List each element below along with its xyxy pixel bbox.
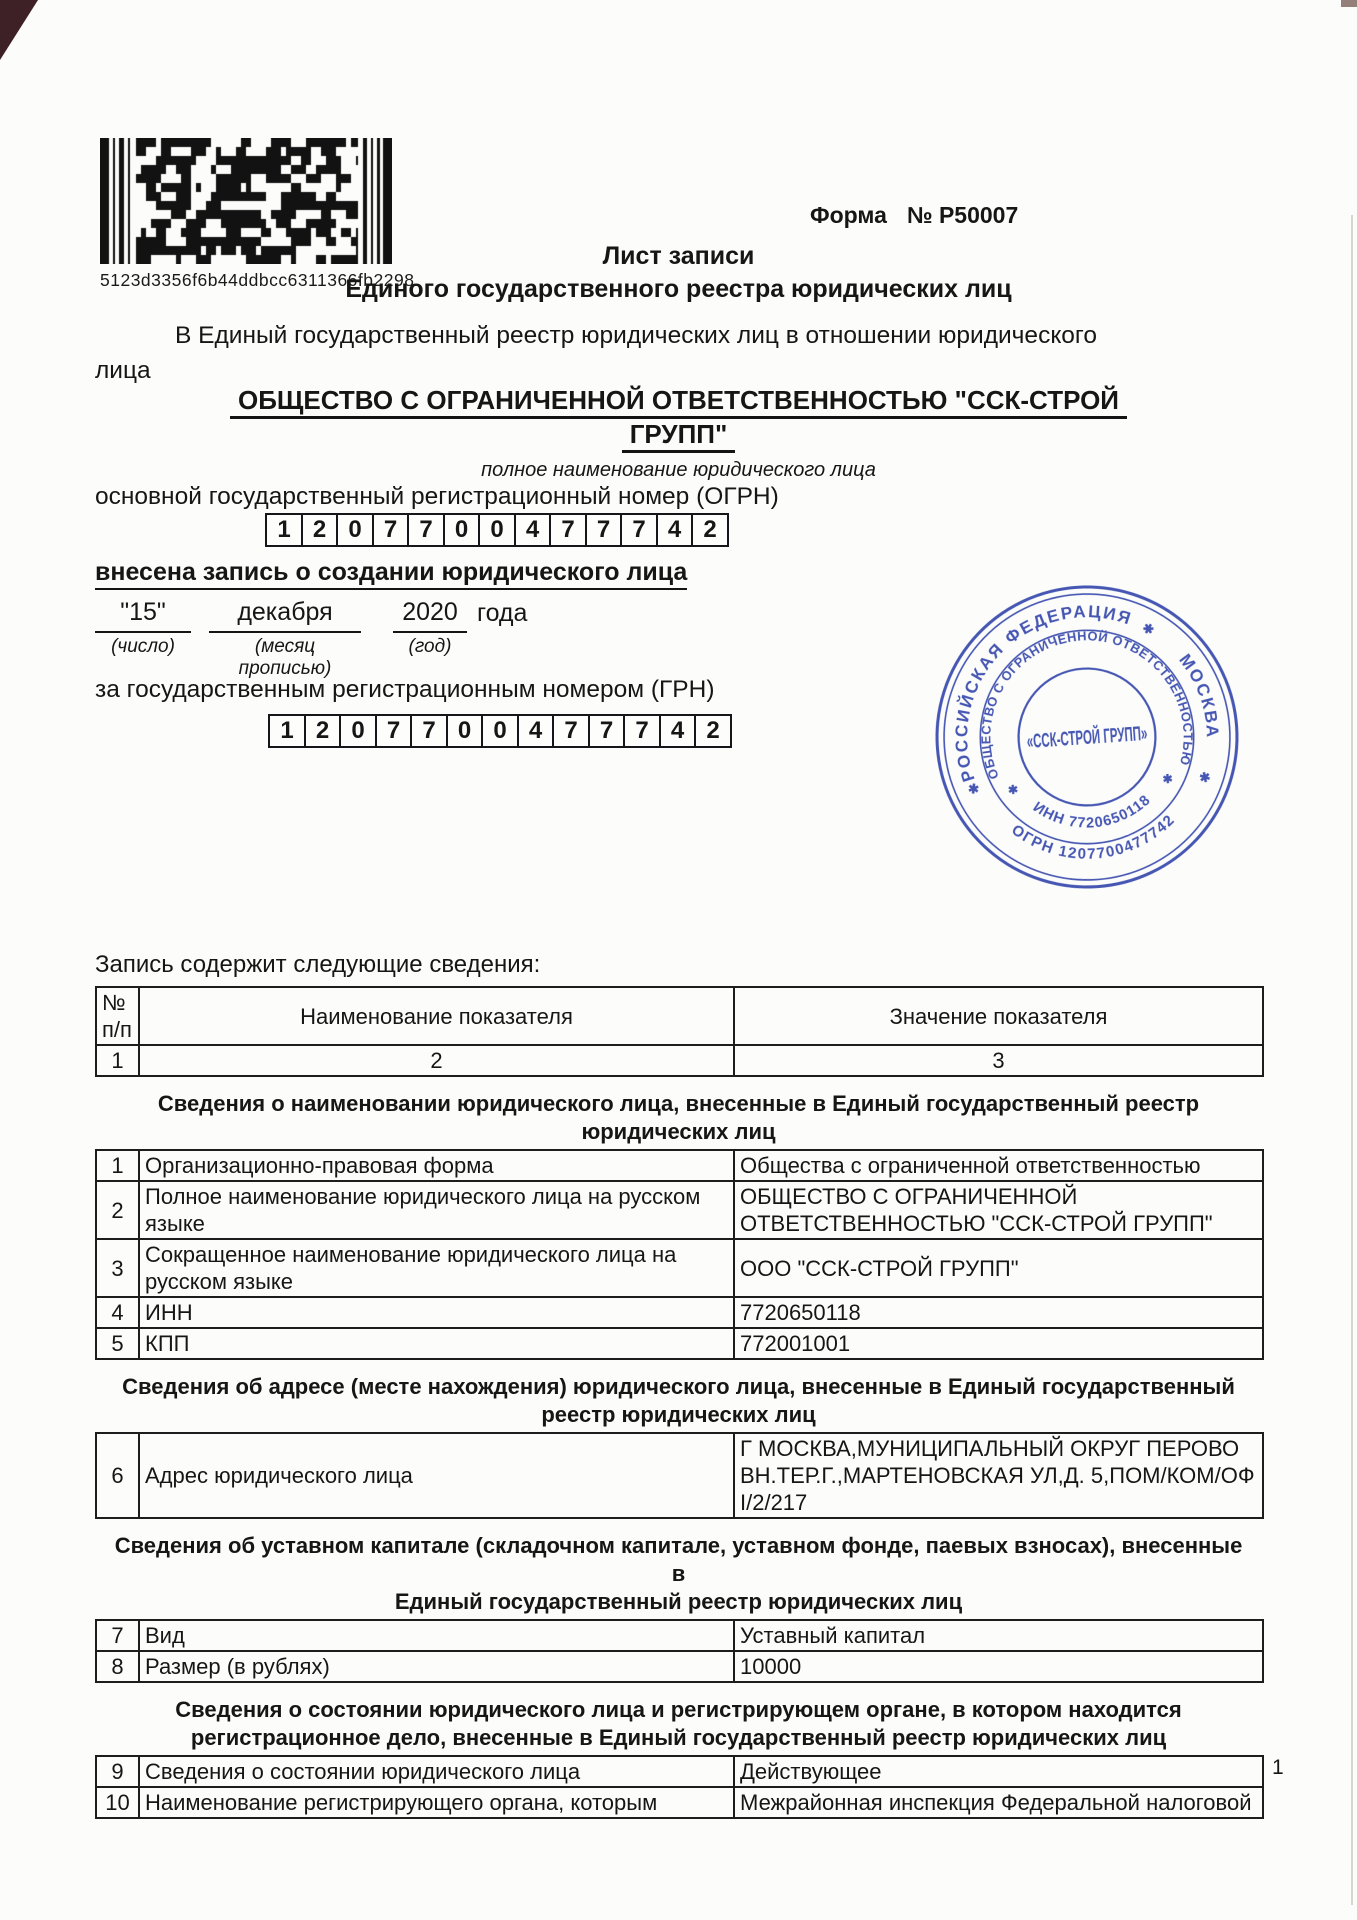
page-number: 1 [1272, 1756, 1284, 1780]
document-title: Лист записи Единого государственного рее… [0, 240, 1357, 306]
section-heading-capital: Сведения об уставном капитале (складочно… [114, 1532, 1244, 1616]
row-value: Уставный капитал [734, 1620, 1263, 1651]
record-entry-heading: внесена запись о создании юридического л… [95, 558, 687, 587]
intro-line-1: В Единый государственный реестр юридичес… [95, 318, 1275, 353]
ogrn-digit: 7 [585, 513, 623, 547]
row-name: Адрес юридического лица [139, 1433, 734, 1518]
row-name: Вид [139, 1620, 734, 1651]
grn-digit: 4 [517, 714, 555, 748]
ogrn-digit: 7 [407, 513, 445, 547]
stamp-star: ✱ [1139, 619, 1158, 639]
grn-digit: 7 [552, 714, 590, 748]
section-heading-name: Сведения о наименовании юридического лиц… [114, 1090, 1244, 1146]
records-header-table: №п/п Наименование показателя Значение по… [95, 986, 1264, 1077]
section-name-table: 1 Организационно-правовая форма Общества… [95, 1149, 1264, 1360]
row-name: Организационно-правовая форма [139, 1150, 734, 1181]
grn-digit: 2 [694, 714, 732, 748]
date-year-value: 2020 [393, 598, 467, 633]
ogrn-digit-boxes: 1 2 0 7 7 0 0 4 7 7 7 4 2 [265, 513, 729, 547]
title-line-2: Единого государственного реестра юридиче… [0, 273, 1357, 306]
svg-text:✱: ✱ [964, 780, 983, 797]
title-line-1: Лист записи [0, 240, 1357, 273]
stamp-star: ✱ [1007, 782, 1018, 797]
svg-text:РОССИЙСКАЯ ФЕДЕРАЦИЯ: РОССИЙСКАЯ ФЕДЕРАЦИЯ [943, 599, 1146, 785]
col-value-header: Значение показателя [734, 987, 1263, 1045]
table-row: 1 Организационно-правовая форма Общества… [96, 1150, 1263, 1181]
stamp-inn-text: ИНН 7720650118 [1029, 791, 1156, 835]
table-row: 9 Сведения о состоянии юридического лица… [96, 1756, 1263, 1787]
row-value: Межрайонная инспекция Федеральной налого… [734, 1787, 1263, 1818]
row-num: 2 [96, 1181, 139, 1239]
row-value: Г МОСКВА,МУНИЦИПАЛЬНЫЙ ОКРУГ ПЕРОВО ВН.Т… [734, 1433, 1263, 1518]
ogrn-digit: 2 [691, 513, 729, 547]
company-name-caption: полное наименование юридического лица [0, 459, 1357, 482]
records-intro: Запись содержит следующие сведения: [95, 950, 1262, 980]
grn-digit: 7 [375, 714, 413, 748]
record-date: "15" (число) декабря (месяц прописью) 20… [95, 598, 527, 680]
row-value: ОБЩЕСТВО С ОГРАНИЧЕННОЙ ОТВЕТСТВЕННОСТЬЮ… [734, 1181, 1263, 1239]
row-value: ООО "ССК-СТРОЙ ГРУПП" [734, 1239, 1263, 1297]
table-row: 6 Адрес юридического лица Г МОСКВА,МУНИЦ… [96, 1433, 1263, 1518]
ogrn-digit: 2 [301, 513, 339, 547]
col-num-header: №п/п [96, 987, 139, 1045]
table-row: 8 Размер (в рублях) 10000 [96, 1651, 1263, 1682]
table-row: 7 Вид Уставный капитал [96, 1620, 1263, 1651]
row-name: Наименование регистрирующего органа, кот… [139, 1787, 734, 1818]
grn-digit-boxes: 1 2 0 7 7 0 0 4 7 7 7 4 2 [268, 714, 732, 748]
stamp-star: ✱ [1162, 771, 1173, 786]
row-num: 7 [96, 1620, 139, 1651]
row-num: 6 [96, 1433, 139, 1518]
records-content: Запись содержит следующие сведения: №п/п… [95, 950, 1262, 1819]
index-cell: 1 [96, 1045, 139, 1076]
table-index-row: 1 2 3 [96, 1045, 1263, 1076]
table-row: 3 Сокращенное наименование юридического … [96, 1239, 1263, 1297]
table-row: 5 КПП 772001001 [96, 1328, 1263, 1359]
date-month-caption: (месяц прописью) [209, 636, 361, 680]
row-name: КПП [139, 1328, 734, 1359]
section-heading-address: Сведения об адресе (месте нахождения) юр… [114, 1373, 1244, 1429]
col-name-header: Наименование показателя [139, 987, 734, 1045]
date-day-value: "15" [95, 598, 191, 633]
row-num: 1 [96, 1150, 139, 1181]
row-value: Общества с ограниченной ответственностью [734, 1150, 1263, 1181]
row-value: 772001001 [734, 1328, 1263, 1359]
date-year-suffix: года [477, 598, 527, 628]
grn-digit: 0 [339, 714, 377, 748]
svg-text:✱: ✱ [1139, 619, 1158, 639]
grn-digit: 7 [410, 714, 448, 748]
ogrn-digit: 7 [620, 513, 658, 547]
table-row: 2 Полное наименование юридического лица … [96, 1181, 1263, 1239]
row-num: 4 [96, 1297, 139, 1328]
date-year-caption: (год) [393, 636, 467, 658]
row-name: Сведения о состоянии юридического лица [139, 1756, 734, 1787]
date-month: декабря (месяц прописью) [209, 598, 361, 680]
table-row: 4 ИНН 7720650118 [96, 1297, 1263, 1328]
row-value: Действующее [734, 1756, 1263, 1787]
ogrn-digit: 1 [265, 513, 303, 547]
svg-text:✱: ✱ [1195, 769, 1214, 786]
stamp-seal-svg: РОССИЙСКАЯ ФЕДЕРАЦИЯ МОСКВА ✱ ✱ ✱ ОГРН 1… [923, 573, 1252, 902]
ogrn-digit: 7 [372, 513, 410, 547]
intro-paragraph: В Единый государственный реестр юридичес… [95, 318, 1275, 388]
grn-digit: 2 [304, 714, 342, 748]
section-status-table: 9 Сведения о состоянии юридического лица… [95, 1755, 1264, 1819]
date-month-value: декабря [209, 598, 361, 633]
ogrn-label: основной государственный регистрационный… [95, 483, 779, 511]
company-name-block: ОБЩЕСТВО С ОГРАНИЧЕННОЙ ОТВЕТСТВЕННОСТЬЮ… [0, 385, 1357, 482]
index-cell: 2 [139, 1045, 734, 1076]
form-number: Форма№ Р50007 [810, 202, 1018, 229]
section-heading-status: Сведения о состоянии юридического лица и… [114, 1696, 1244, 1752]
ogrn-digit: 7 [549, 513, 587, 547]
ogrn-digit: 0 [478, 513, 516, 547]
row-num: 3 [96, 1239, 139, 1297]
table-row: 10 Наименование регистрирующего органа, … [96, 1787, 1263, 1818]
company-name-line-2: ГРУПП" [622, 419, 736, 453]
ogrn-digit: 4 [514, 513, 552, 547]
stamp-star: ✱ [1195, 769, 1214, 786]
grn-digit: 4 [659, 714, 697, 748]
scan-artifact-top-left [0, 0, 38, 60]
form-number-value: № Р50007 [907, 202, 1018, 228]
ogrn-digit: 0 [336, 513, 374, 547]
ogrn-digit: 4 [656, 513, 694, 547]
section-capital-table: 7 Вид Уставный капитал 8 Размер (в рубля… [95, 1619, 1264, 1683]
stamp-outer-top-text: РОССИЙСКАЯ ФЕДЕРАЦИЯ [943, 599, 1146, 785]
row-value: 7720650118 [734, 1297, 1263, 1328]
row-num: 10 [96, 1787, 139, 1818]
row-num: 9 [96, 1756, 139, 1787]
grn-digit: 1 [268, 714, 306, 748]
stamp-star: ✱ [964, 780, 983, 797]
grn-digit: 0 [446, 714, 484, 748]
date-day: "15" (число) [95, 598, 191, 658]
company-stamp: РОССИЙСКАЯ ФЕДЕРАЦИЯ МОСКВА ✱ ✱ ✱ ОГРН 1… [923, 573, 1252, 902]
row-num: 5 [96, 1328, 139, 1359]
grn-digit: 7 [623, 714, 661, 748]
row-num: 8 [96, 1651, 139, 1682]
company-name-line-1: ОБЩЕСТВО С ОГРАНИЧЕННОЙ ОТВЕТСТВЕННОСТЬЮ… [230, 385, 1127, 419]
stamp-center-text: «ССК-СТРОЙ ГРУПП» [1026, 721, 1148, 753]
row-name: Полное наименование юридического лица на… [139, 1181, 734, 1239]
row-value: 10000 [734, 1651, 1263, 1682]
row-name: ИНН [139, 1297, 734, 1328]
date-day-caption: (число) [95, 636, 191, 658]
row-name: Размер (в рублях) [139, 1651, 734, 1682]
grn-digit: 7 [588, 714, 626, 748]
intro-line-2: лица [95, 353, 1275, 388]
ogrn-digit: 0 [443, 513, 481, 547]
index-cell: 3 [734, 1045, 1263, 1076]
scan-artifact-top-right [1341, 0, 1357, 7]
section-address-table: 6 Адрес юридического лица Г МОСКВА,МУНИЦ… [95, 1432, 1264, 1519]
table-header-row: №п/п Наименование показателя Значение по… [96, 987, 1263, 1045]
grn-label: за государственным регистрационным номер… [95, 676, 715, 704]
form-label: Форма [810, 202, 887, 228]
grn-digit: 0 [481, 714, 519, 748]
svg-text:ИНН 7720650118: ИНН 7720650118 [1029, 791, 1156, 835]
date-year: 2020 (год) [393, 598, 467, 658]
row-name: Сокращенное наименование юридического ли… [139, 1239, 734, 1297]
